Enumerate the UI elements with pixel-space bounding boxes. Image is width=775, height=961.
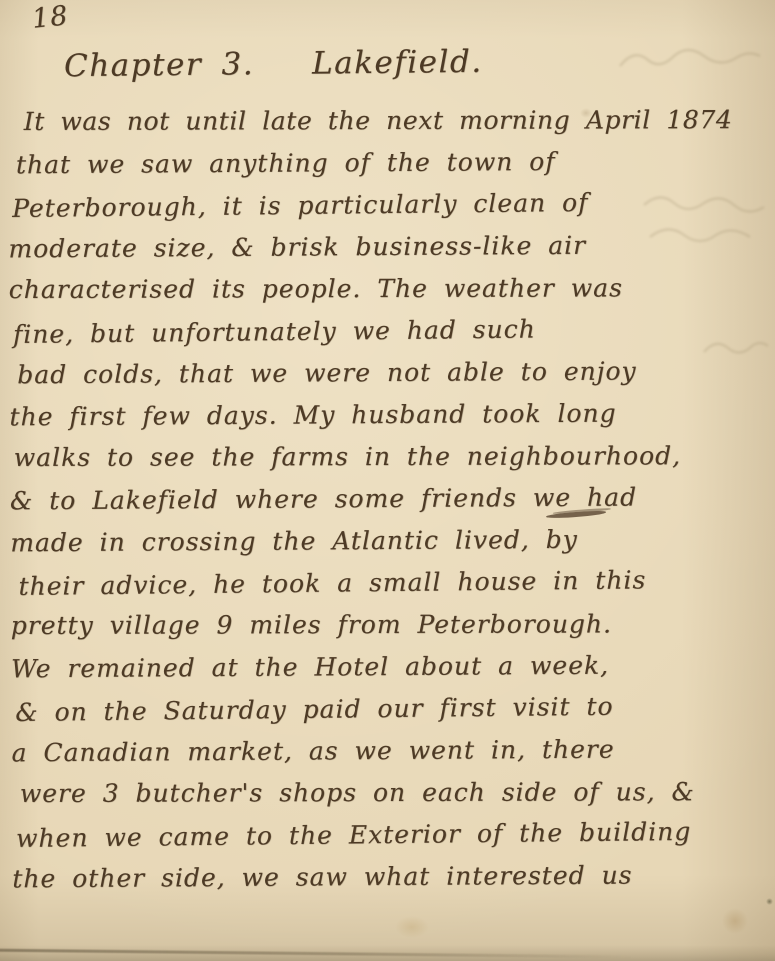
manuscript-line: moderate size, & brisk business-like air: [8, 224, 769, 271]
manuscript-line: We remained at the Hotel about a week,: [11, 644, 772, 691]
manuscript-line: & to Lakefield where some friends we had: [10, 476, 771, 523]
show-through-smudge: [615, 38, 765, 78]
manuscript-line: a Canadian market, as we went in, there: [11, 728, 772, 775]
chapter-title: Lakefield.: [312, 44, 483, 82]
manuscript-line: were 3 butcher's shops on each side of u…: [12, 771, 773, 815]
manuscript-body: It was not until late the next morning A…: [8, 98, 774, 901]
manuscript-line: the first few days. My husband took long: [9, 392, 770, 439]
chapter-heading-row: Chapter 3. Lakefield.: [64, 44, 483, 84]
manuscript-line: bad colds, that we were not able to enjo…: [9, 350, 770, 397]
manuscript-line: walks to see the farms in the neighbourh…: [10, 435, 771, 479]
manuscript-line: characterised its people. The weather wa…: [9, 267, 770, 311]
paper-stain: [766, 898, 773, 905]
page-number: 18: [30, 0, 69, 35]
manuscript-line: that we saw anything of the town of: [8, 140, 769, 187]
manuscript-page: 18 Chapter 3. Lakefield. It was not unti…: [0, 0, 775, 961]
chapter-heading: Chapter 3.: [64, 46, 254, 84]
manuscript-line: when we came to the Exterior of the buil…: [12, 810, 773, 860]
manuscript-line: their advice, he took a small house in t…: [10, 558, 771, 608]
manuscript-line: & on the Saturday paid our first visit t…: [11, 684, 772, 734]
manuscript-line: the other side, we saw what interested u…: [12, 854, 773, 901]
paper-stain: [722, 908, 748, 934]
manuscript-line: fine, but unfortunately we had such: [9, 306, 770, 356]
manuscript-line: pretty village 9 miles from Peterborough…: [11, 603, 772, 647]
manuscript-line: Peterborough, it is particularly clean o…: [8, 180, 769, 230]
manuscript-line: It was not until late the next morning A…: [8, 99, 769, 143]
paper-stain: [395, 916, 429, 938]
manuscript-line: made in crossing the Atlantic lived, by: [10, 518, 771, 565]
